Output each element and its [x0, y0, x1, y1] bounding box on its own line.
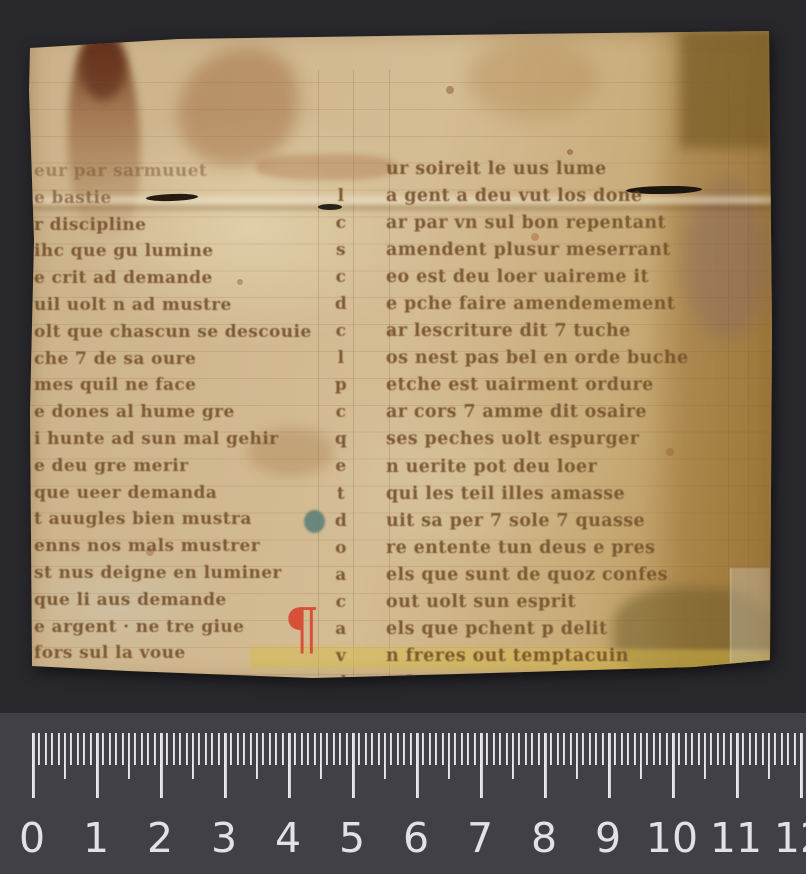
- ruler-number: 3: [211, 814, 237, 862]
- ruler-number: 6: [403, 814, 429, 862]
- ruler-number: 11: [710, 814, 762, 862]
- manuscript-photo: eur par sarmuuete bastier disciplineihc …: [0, 0, 806, 713]
- ruler-number: 8: [531, 814, 557, 862]
- ruler-number: 0: [19, 814, 45, 862]
- ruler-numbers: 0123456789101112: [0, 713, 806, 874]
- edge-darkening: [28, 30, 774, 682]
- ruler-number: 12: [774, 814, 806, 862]
- ruler-number: 7: [467, 814, 493, 862]
- ruler-number: 2: [147, 814, 173, 862]
- ruler-number: 5: [339, 814, 365, 862]
- ruler-number: 10: [646, 814, 698, 862]
- ruler-number: 4: [275, 814, 301, 862]
- ruler: 0123456789101112: [0, 713, 806, 874]
- parchment-fragment: eur par sarmuuete bastier disciplineihc …: [28, 30, 774, 682]
- stain-speckles: [28, 30, 32, 34]
- parchment-surface: eur par sarmuuete bastier disciplineihc …: [28, 30, 774, 682]
- ruler-number: 1: [83, 814, 109, 862]
- ruler-number: 9: [595, 814, 621, 862]
